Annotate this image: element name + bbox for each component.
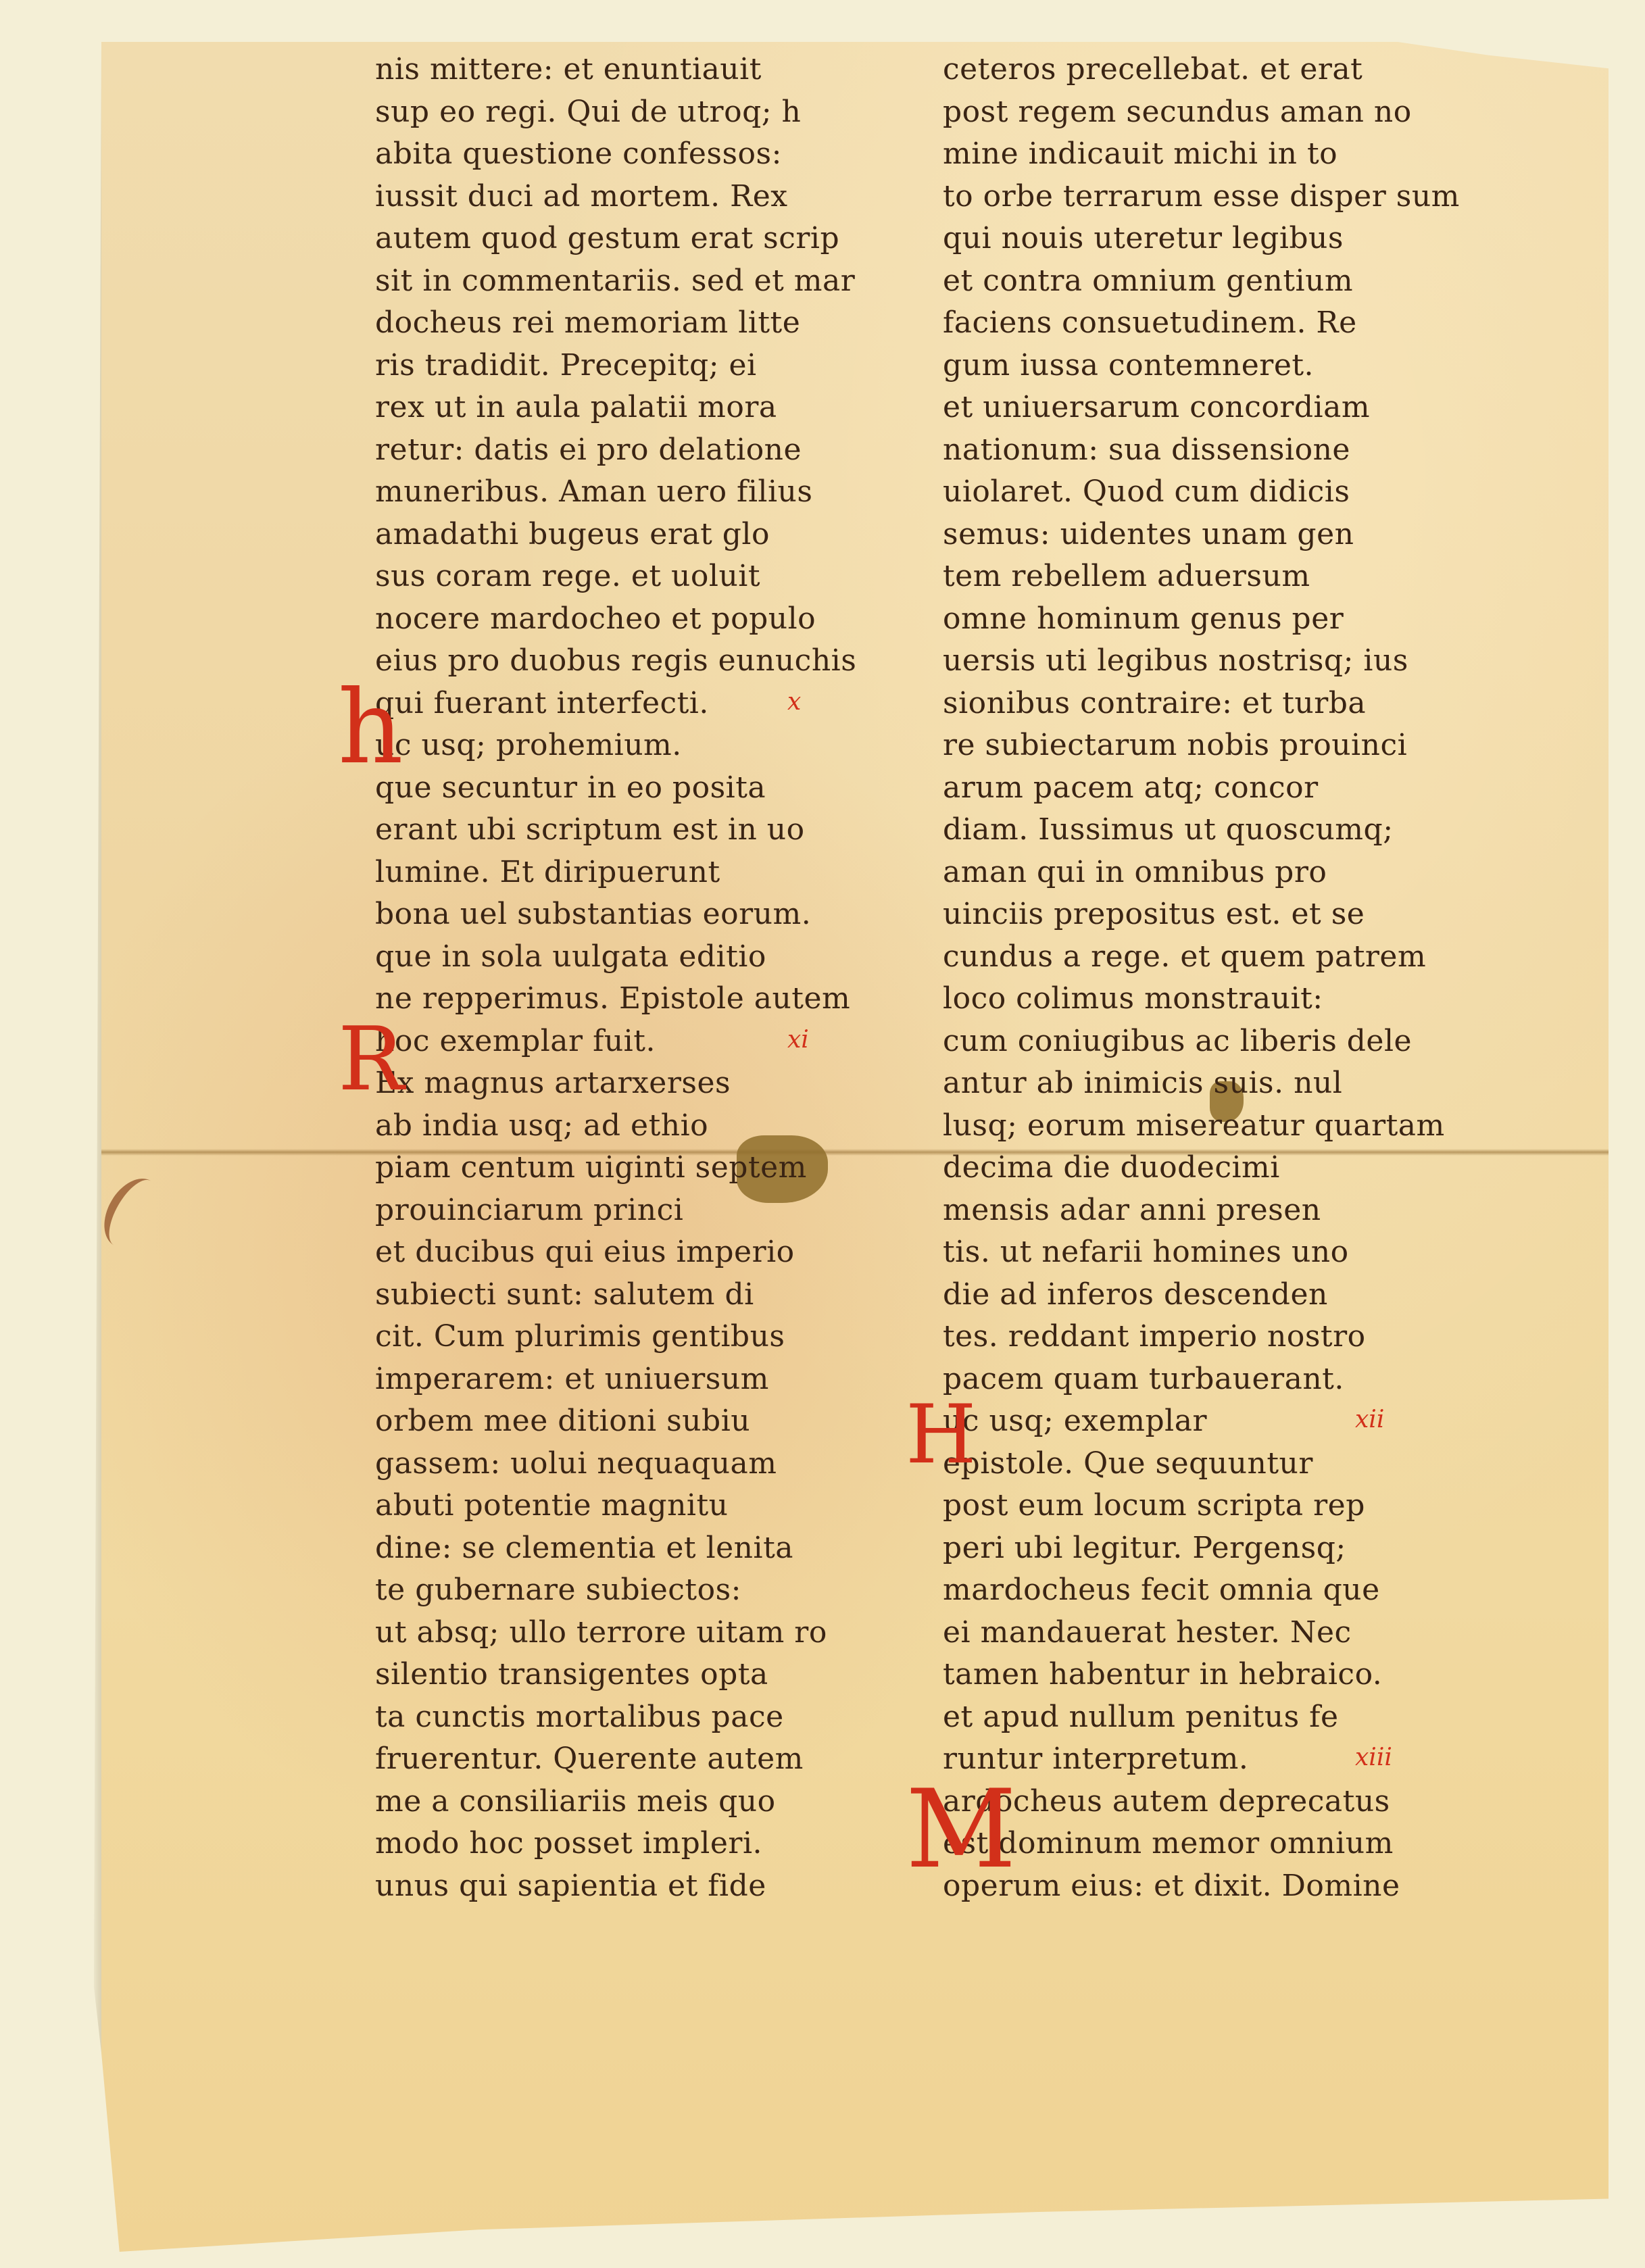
text-line: tes. reddant imperio nostro	[943, 1316, 1429, 1358]
text-line: ceteros precellebat. et erat	[943, 49, 1429, 91]
text-line: ta cunctis mortalibus pace	[375, 1696, 862, 1739]
text-line: erant ubi scriptum est in uo	[375, 809, 862, 852]
chapter-number-rubric: x	[787, 688, 801, 716]
text-line: arum pacem atq; concor	[943, 767, 1429, 810]
text-line: dine: se clementia et lenita	[375, 1527, 862, 1570]
text-line: me a consiliariis meis quo	[375, 1781, 862, 1823]
text-line: sionibus contraire: et turba	[943, 683, 1429, 725]
text-line: aman qui in omnibus pro	[943, 852, 1429, 894]
text-line: rex ut in aula palatii mora	[375, 387, 862, 429]
text-line: pacem quam turbauerant.	[943, 1358, 1429, 1401]
text-line: orbem mee ditioni subiu	[375, 1400, 862, 1443]
text-line: ei mandauerat hester. Nec	[943, 1612, 1429, 1654]
text-line: uiolaret. Quod cum didicis	[943, 471, 1429, 514]
text-line: et uniuersarum concordiam	[943, 387, 1429, 429]
text-line: sit in commentariis. sed et mar	[375, 260, 862, 303]
text-line: Ex magnus artarxerses	[375, 1062, 862, 1105]
text-line: et contra omnium gentium	[943, 260, 1429, 303]
text-line: to orbe terrarum esse disper sum	[943, 176, 1429, 218]
text-line: nis mittere: et enuntiauit	[375, 49, 862, 91]
text-line: diam. Iussimus ut quoscumq;	[943, 809, 1429, 852]
text-line: que in sola uulgata editio	[375, 936, 862, 979]
text-line: mensis adar anni presen	[943, 1189, 1429, 1232]
text-line: loco colimus monstrauit:	[943, 978, 1429, 1020]
text-line: cundus a rege. et quem patrem	[943, 936, 1429, 979]
text-line: epistole. Que sequuntur	[943, 1443, 1429, 1485]
text-line: iussit duci ad mortem. Rex	[375, 176, 862, 218]
decorated-initial: M	[906, 1775, 1016, 1883]
text-line: mine indicauit michi in to	[943, 133, 1429, 176]
text-line: nationum: sua dissensione	[943, 429, 1429, 472]
text-line: prouinciarum princi	[375, 1189, 862, 1232]
text-line: cit. Cum plurimis gentibus	[375, 1316, 862, 1358]
text-line: post eum locum scripta rep	[943, 1485, 1429, 1527]
text-line: sus coram rege. et uoluit	[375, 556, 862, 598]
text-line: te gubernare subiectos:	[375, 1569, 862, 1612]
text-line: silentio transigentes opta	[375, 1654, 862, 1696]
text-line: muneribus. Aman uero filius	[375, 471, 862, 514]
text-line: die ad inferos descenden	[943, 1274, 1429, 1316]
chapter-number-rubric: xiii	[1355, 1744, 1392, 1771]
right-text-column: ceteros precellebat. et eratpost regem s…	[943, 49, 1429, 1907]
text-line: semus: uidentes unam gen	[943, 514, 1429, 556]
text-line: modo hoc posset impleri.	[375, 1823, 862, 1865]
text-line: ab india usq; ad ethio	[375, 1105, 862, 1148]
text-line: tis. ut nefarii homines uno	[943, 1231, 1429, 1274]
text-line: abuti potentie magnitu	[375, 1485, 862, 1527]
decorated-initial: h	[338, 677, 403, 779]
text-line: ne repperimus. Epistole autem	[375, 978, 862, 1020]
text-line: autem quod gestum erat scrip	[375, 218, 862, 260]
text-line: antur ab inimicis suis. nul	[943, 1062, 1429, 1105]
text-line: cum coniugibus ac liberis dele	[943, 1020, 1429, 1063]
text-line: re subiectarum nobis prouinci	[943, 724, 1429, 767]
text-line: piam centum uiginti septem	[375, 1147, 862, 1189]
text-line: et ducibus qui eius imperio	[375, 1231, 862, 1274]
text-line: omne hominum genus per	[943, 598, 1429, 641]
text-line: gum iussa contemneret.	[943, 345, 1429, 387]
text-line: eius pro duobus regis eunuchis	[375, 640, 862, 683]
text-line: uinciis prepositus est. et se	[943, 893, 1429, 936]
decorated-initial: R	[338, 1015, 404, 1103]
text-line: docheus rei memoriam litte	[375, 302, 862, 345]
text-line: bona uel substantias eorum.	[375, 893, 862, 936]
text-line: et apud nullum penitus fe	[943, 1696, 1429, 1739]
text-line: sup eo regi. Qui de utroq; h	[375, 91, 862, 134]
text-line: uc usq; prohemium.	[375, 724, 862, 767]
left-text-column: nis mittere: et enuntiauitsup eo regi. Q…	[375, 49, 862, 1907]
text-line: subiecti sunt: salutem di	[375, 1274, 862, 1316]
text-line: unus qui sapientia et fide	[375, 1865, 862, 1908]
text-line: gassem: uolui nequaquam	[375, 1443, 862, 1485]
text-line: fruerentur. Querente autem	[375, 1738, 862, 1781]
text-line: qui nouis uteretur legibus	[943, 218, 1429, 260]
text-line: tamen habentur in hebraico.	[943, 1654, 1429, 1696]
text-line: tem rebellem aduersum	[943, 556, 1429, 598]
text-line: faciens consuetudinem. Re	[943, 302, 1429, 345]
text-line: lumine. Et diripuerunt	[375, 852, 862, 894]
text-line: uersis uti legibus nostrisq; ius	[943, 640, 1429, 683]
text-line: ris tradidit. Precepitq; ei	[375, 345, 862, 387]
text-line: nocere mardocheo et populo	[375, 598, 862, 641]
chapter-number-rubric: xii	[1355, 1406, 1384, 1433]
decorated-initial: H	[906, 1395, 977, 1476]
text-line: imperarem: et uniuersum	[375, 1358, 862, 1401]
text-line: peri ubi legitur. Pergensq;	[943, 1527, 1429, 1570]
chapter-number-rubric: xi	[787, 1026, 809, 1054]
text-line: que secuntur in eo posita	[375, 767, 862, 810]
text-line: decima die duodecimi	[943, 1147, 1429, 1189]
text-line: ut absq; ullo terrore uitam ro	[375, 1612, 862, 1654]
text-line: post regem secundus aman no	[943, 91, 1429, 134]
text-line: lusq; eorum misereatur quartam	[943, 1105, 1429, 1148]
text-line: mardocheus fecit omnia que	[943, 1569, 1429, 1612]
text-line: amadathi bugeus erat glo	[375, 514, 862, 556]
text-line: retur: datis ei pro delatione	[375, 429, 862, 472]
text-line: abita questione confessos:	[375, 133, 862, 176]
